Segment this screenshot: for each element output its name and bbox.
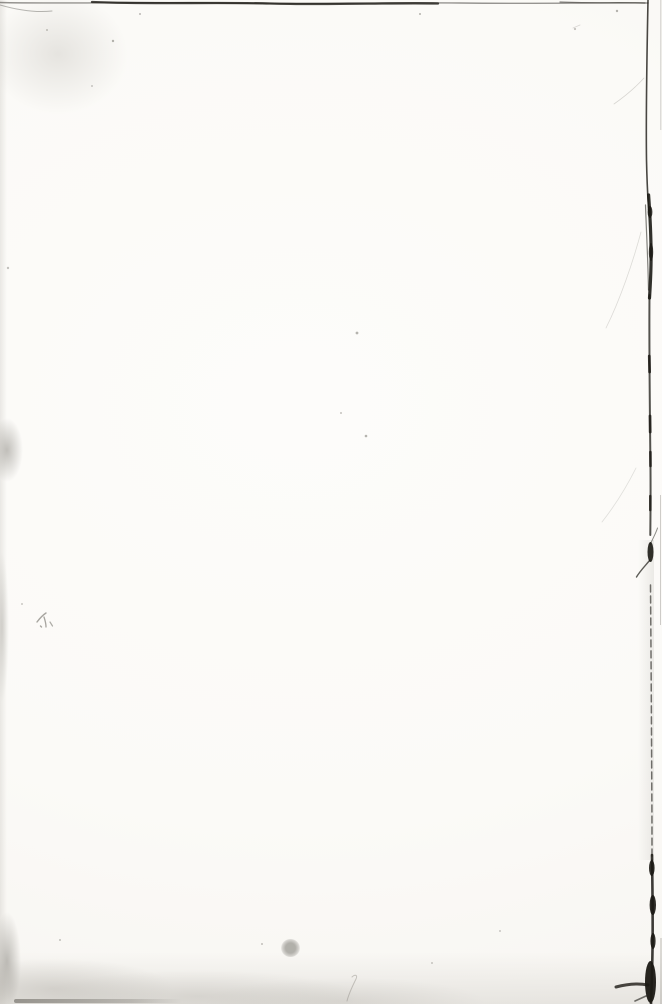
scanned-blank-book-page bbox=[0, 0, 662, 1004]
bottom-blob-left-spur bbox=[616, 984, 648, 987]
crease-knot-upper bbox=[648, 206, 653, 218]
crease-knots-and-blobs bbox=[645, 206, 656, 1003]
pencil-smudge bbox=[37, 613, 53, 627]
ink-specks bbox=[7, 10, 618, 964]
right-vertical-crease bbox=[646, 0, 653, 1004]
scan-marks-overlay bbox=[0, 0, 662, 1004]
hairline-creases bbox=[573, 25, 644, 522]
bottom-ink-blob bbox=[645, 961, 656, 1003]
top-edge-scratch-line bbox=[0, 2, 648, 12]
bottom-hook-mark bbox=[347, 975, 357, 1001]
far-right-edge-line bbox=[661, 0, 662, 1004]
